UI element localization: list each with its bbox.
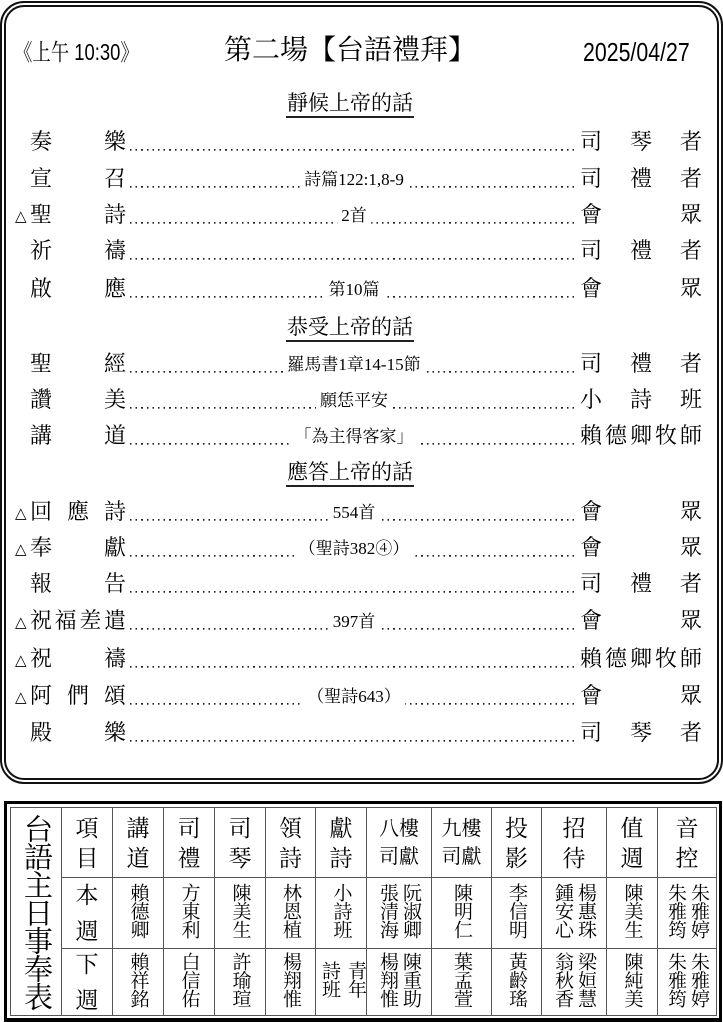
person-name: 賴德卿: [127, 883, 150, 939]
item-label: 殿樂: [30, 715, 126, 751]
dotted-leader: [130, 233, 578, 269]
person-name: 阮淑卿: [399, 883, 422, 939]
person-name: 陳明仁: [450, 883, 473, 939]
dotted-leader: 願恁平安: [130, 382, 578, 418]
char: 頌: [104, 678, 126, 714]
triangle-marker-icon: [15, 566, 29, 602]
char: 應: [67, 494, 89, 530]
person-name: 陳純美: [621, 952, 644, 1008]
char: 者: [680, 566, 702, 602]
item-role: 會眾: [580, 678, 702, 714]
person-name: 張清海: [376, 883, 399, 939]
item-role: 司禮者: [580, 161, 702, 197]
header-line: 值: [607, 813, 657, 843]
duty-roster-table: 台語主日事奉表 項目 講道 司禮 司琴 領詩 獻詩 八樓司獻 九樓司獻 投影 招…: [10, 807, 717, 1016]
char: 班: [680, 382, 702, 418]
item-role: 司禮者: [580, 566, 702, 602]
header-line: 道: [113, 843, 163, 873]
item-role: 司禮者: [580, 346, 702, 382]
table-row-this-week: 本週 賴德卿 方東利 陳美生 林恩植 小詩班 阮淑卿張清海 陳明仁 李信明 楊惠…: [11, 878, 717, 949]
header-line: 司: [164, 813, 214, 843]
dotted-leader: 554首: [130, 494, 578, 530]
char: 司: [580, 161, 602, 197]
char: 眾: [680, 678, 702, 714]
table-cell: 阮淑卿張清海: [367, 878, 432, 949]
person-name: 翁秋香: [551, 952, 574, 1008]
triangle-marker-icon: △: [15, 494, 29, 530]
person-name: 白信佑: [178, 952, 201, 1008]
row-label: 本週: [62, 882, 112, 944]
triangle-marker-icon: [15, 124, 29, 160]
item-detail: 詩篇122:1,8-9: [300, 161, 408, 199]
person-name: 方東利: [178, 883, 201, 939]
char: 應: [104, 271, 126, 307]
table-cell: 陳明仁: [432, 878, 492, 949]
header-cell: 領詩: [266, 808, 316, 878]
dotted-leader: （聖詩643）: [130, 678, 578, 714]
item-label: 祈禱: [30, 233, 126, 269]
char: 眾: [680, 271, 702, 307]
triangle-marker-icon: △: [15, 641, 29, 677]
item-role: 會眾: [580, 530, 702, 566]
char: 遣: [104, 603, 126, 639]
worship-item: △ 聖詩 2首 會眾: [0, 197, 723, 233]
char: 宣: [30, 161, 52, 197]
char: 眾: [680, 197, 702, 233]
char: 聖: [30, 346, 52, 382]
table-row-next-week: 下週 賴祥銘 白信佑 許瑜瑄 楊翔惟 青年詩班 陳重助楊翔惟 葉孟萱 黃齡瑤 梁…: [11, 949, 717, 1016]
char: 詩: [630, 382, 652, 418]
header-line: 詩: [266, 843, 315, 873]
char: 者: [680, 233, 702, 269]
char: 司: [580, 715, 602, 751]
header-line: 獻: [316, 813, 366, 843]
table-cell: 梁姮慧翁秋香: [542, 949, 607, 1016]
person-name: 李信明: [505, 883, 528, 939]
char: 獻: [104, 530, 126, 566]
char: 眾: [680, 494, 702, 530]
section-title: 恭受上帝的話: [0, 315, 700, 341]
char: 祝: [30, 603, 52, 639]
dotted-leader: 397首: [130, 603, 578, 639]
service-date: 2025/04/27: [583, 36, 690, 68]
table-cell: 許瑜瑄: [215, 949, 266, 1016]
worship-item: △ 奉獻 （聖詩382④） 會眾: [0, 530, 723, 566]
table-cell: 白信佑: [164, 949, 215, 1016]
header-cell: 音控: [658, 808, 717, 878]
item-role: 司琴者: [580, 124, 702, 160]
char: 道: [104, 418, 126, 454]
char: 眾: [680, 603, 702, 639]
char: 祝: [30, 641, 52, 677]
char: 賴: [580, 641, 602, 677]
person-name: 許瑜瑄: [229, 952, 252, 1008]
char: 講: [30, 418, 52, 454]
char: 差: [79, 603, 101, 639]
char: 賴: [580, 418, 602, 454]
section-title-text: 靜候上帝的話: [286, 92, 414, 118]
item-detail: 397首: [329, 603, 380, 641]
header-cell: 司禮: [164, 808, 215, 878]
header-cell: 項目: [62, 808, 113, 878]
table-cell: 方東利: [164, 878, 215, 949]
row-label-cell: 下週: [62, 949, 113, 1016]
table-header-row: 台語主日事奉表 項目 講道 司禮 司琴 領詩 獻詩 八樓司獻 九樓司獻 投影 招…: [11, 808, 717, 878]
table-cell: 朱雅婷朱雅筠: [658, 949, 717, 1016]
char: 週: [76, 987, 99, 1013]
item-role: 會眾: [580, 271, 702, 307]
char: 回: [30, 494, 52, 530]
header-line: 招: [542, 813, 606, 843]
item-label: 報告: [30, 566, 126, 602]
char: 祈: [30, 233, 52, 269]
dotted-leader: 2首: [130, 197, 578, 233]
item-detail: 願恁平安: [316, 382, 392, 420]
dotted-leader: 詩篇122:1,8-9: [130, 161, 578, 197]
table-cell: 賴德卿: [113, 878, 164, 949]
worship-item: △ 回應詩 554首 會眾: [0, 494, 723, 530]
header-cell: 講道: [113, 808, 164, 878]
header-line: 八樓: [367, 815, 431, 843]
table-cell: 青年詩班: [316, 949, 367, 1016]
char: 告: [104, 566, 126, 602]
char: 師: [680, 641, 702, 677]
header-line: 音: [658, 813, 716, 843]
dotted-leader: [130, 715, 578, 751]
char: 牧: [655, 418, 677, 454]
char: 司: [580, 346, 602, 382]
triangle-marker-icon: [15, 346, 29, 382]
dotted-leader: 第10篇: [130, 271, 578, 307]
triangle-marker-icon: △: [15, 197, 29, 233]
char: 司: [580, 566, 602, 602]
char: 會: [580, 678, 602, 714]
item-detail: 「為主得客家」: [291, 418, 418, 456]
table-cell: 陳美生: [215, 878, 266, 949]
item-label: 聖經: [30, 346, 126, 382]
header-line: 項: [62, 813, 112, 843]
person-name: 陳美生: [229, 883, 252, 939]
person-name: 鍾安心: [551, 883, 574, 939]
header-line: 影: [492, 843, 541, 873]
char: 禮: [630, 566, 652, 602]
worship-item: 報告 司禮者: [0, 566, 723, 602]
char: 牧: [655, 641, 677, 677]
header-line: 控: [658, 843, 716, 873]
table-cell: 賴祥銘: [113, 949, 164, 1016]
item-detail: 第10篇: [325, 271, 384, 309]
char: 詩: [104, 494, 126, 530]
item-label: 聖詩: [30, 197, 126, 233]
triangle-marker-icon: [15, 382, 29, 418]
char: 德: [605, 641, 627, 677]
table-cell: 陳純美: [607, 949, 658, 1016]
header-line: 投: [492, 813, 541, 843]
char: 經: [104, 346, 126, 382]
triangle-marker-icon: [15, 233, 29, 269]
char: 卿: [630, 641, 652, 677]
header-line: 九樓: [432, 815, 491, 843]
row-label-cell: 本週: [62, 878, 113, 949]
person-name: 朱雅筠: [664, 952, 687, 1008]
header-cell: 司琴: [215, 808, 266, 878]
char: 師: [680, 418, 702, 454]
char: 眾: [680, 530, 702, 566]
person-name: 楊惠珠: [574, 883, 597, 939]
worship-item: 殿樂 司琴者: [0, 715, 723, 751]
triangle-marker-icon: [15, 161, 29, 197]
header-line: 領: [266, 813, 315, 843]
char: 們: [67, 678, 89, 714]
dotted-leader: （聖詩382④）: [130, 530, 578, 566]
char: 者: [680, 124, 702, 160]
char: 會: [580, 603, 602, 639]
char: 禮: [630, 233, 652, 269]
worship-item: △ 祝禱 賴德卿牧師: [0, 641, 723, 677]
item-label: 啟應: [30, 271, 126, 307]
table-cell: 楊翔惟: [266, 949, 316, 1016]
char: 週: [76, 918, 99, 944]
table-cell: 陳重助楊翔惟: [367, 949, 432, 1016]
char: 琴: [630, 124, 652, 160]
person-name: 楊翔惟: [376, 952, 399, 1008]
person-name: 楊翔惟: [279, 952, 302, 1008]
item-label: 讚美: [30, 382, 126, 418]
service-time: 《上午 10:30》: [14, 37, 139, 67]
char: 詩: [104, 197, 126, 233]
person-name: 林恩植: [279, 883, 302, 939]
item-role: 會眾: [580, 603, 702, 639]
person-name: 朱雅筠: [664, 883, 687, 939]
person-name: 黃齡瑤: [505, 952, 528, 1008]
worship-item: 講道 「為主得客家」 賴德卿牧師: [0, 418, 723, 454]
char: 會: [580, 530, 602, 566]
worship-item: 聖經 羅馬書1章14-15節 司禮者: [0, 346, 723, 382]
char: 會: [580, 271, 602, 307]
char: 讚: [30, 382, 52, 418]
header-cell: 八樓司獻: [367, 808, 432, 878]
item-role: 司禮者: [580, 233, 702, 269]
worship-item: 奏樂 司琴者: [0, 124, 723, 160]
triangle-marker-icon: △: [15, 678, 29, 714]
char: 會: [580, 494, 602, 530]
header-cell: 投影: [492, 808, 542, 878]
item-label: 宣召: [30, 161, 126, 197]
item-label: 奉獻: [30, 530, 126, 566]
char: 會: [580, 197, 602, 233]
person-name: 陳美生: [621, 883, 644, 939]
table-cell: 楊惠珠鍾安心: [542, 878, 607, 949]
item-label: 阿們頌: [30, 678, 126, 714]
person-name: 陳重助: [399, 952, 422, 1008]
header-cell: 獻詩: [316, 808, 367, 878]
person-name: 梁姮慧: [574, 952, 597, 1008]
char: 者: [680, 346, 702, 382]
table-cell: 朱雅婷朱雅筠: [658, 878, 717, 949]
header-cell: 值週: [607, 808, 658, 878]
char: 樂: [104, 124, 126, 160]
char: 福: [55, 603, 77, 639]
char: 殿: [30, 715, 52, 751]
header-cell: 招待: [542, 808, 607, 878]
item-detail: 羅馬書1章14-15節: [283, 346, 424, 384]
header-line: 司: [215, 813, 265, 843]
table-cell: 小詩班: [316, 878, 367, 949]
char: 德: [605, 418, 627, 454]
item-role: 會眾: [580, 494, 702, 530]
worship-item: 啟應 第10篇 會眾: [0, 271, 723, 307]
item-role: 會眾: [580, 197, 702, 233]
char: 奏: [30, 124, 52, 160]
dotted-leader: [130, 566, 578, 602]
header-line: 琴: [215, 843, 265, 873]
dotted-leader: 羅馬書1章14-15節: [130, 346, 578, 382]
person-name: 葉孟萱: [450, 952, 473, 1008]
item-detail: （聖詩382④）: [295, 530, 414, 568]
char: 小: [580, 382, 602, 418]
header-line: 司獻: [367, 843, 431, 871]
char: 司: [580, 124, 602, 160]
item-label: 回應詩: [30, 494, 126, 530]
section-title: 應答上帝的話: [0, 460, 700, 486]
page-title: 第二場【台語禮拜】: [224, 33, 476, 67]
person-name: 小詩班: [330, 883, 353, 939]
worship-item: 祈禱 司禮者: [0, 233, 723, 269]
char: 禮: [630, 161, 652, 197]
header-cell: 九樓司獻: [432, 808, 492, 878]
item-role: 賴德卿牧師: [580, 641, 702, 677]
row-label: 下週: [62, 951, 112, 1013]
table-cell: 林恩植: [266, 878, 316, 949]
header-line: 司獻: [432, 843, 491, 871]
dotted-leader: [130, 124, 578, 160]
header-line: 禮: [164, 843, 214, 873]
char: 本: [76, 882, 99, 908]
dotted-leader: [130, 641, 578, 677]
worship-item: △ 阿們頌 （聖詩643） 會眾: [0, 678, 723, 714]
char: 啟: [30, 271, 52, 307]
char: 琴: [630, 715, 652, 751]
item-label: 祝禱: [30, 641, 126, 677]
char: 禱: [104, 233, 126, 269]
person-name: 詩班: [316, 961, 342, 998]
triangle-marker-icon: △: [15, 530, 29, 566]
char: 司: [580, 233, 602, 269]
worship-item: △ 祝福差遣 397首 會眾: [0, 603, 723, 639]
char: 者: [680, 715, 702, 751]
triangle-marker-icon: △: [15, 603, 29, 639]
header-line: 詩: [316, 843, 366, 873]
table-title: 台語主日事奉表: [20, 814, 52, 1010]
item-label: 奏樂: [30, 124, 126, 160]
header-line: 目: [62, 843, 112, 873]
section-title-text: 應答上帝的話: [286, 461, 414, 487]
item-label: 講道: [30, 418, 126, 454]
section-title: 靜候上帝的話: [0, 91, 700, 117]
char: 樂: [104, 715, 126, 751]
char: 下: [76, 951, 99, 977]
triangle-marker-icon: [15, 271, 29, 307]
dotted-leader: 「為主得客家」: [130, 418, 578, 454]
section-title-text: 恭受上帝的話: [286, 316, 414, 342]
char: 聖: [30, 197, 52, 233]
char: 召: [104, 161, 126, 197]
worship-item: 宣召 詩篇122:1,8-9 司禮者: [0, 161, 723, 197]
triangle-marker-icon: [15, 715, 29, 751]
item-detail: （聖詩643）: [303, 678, 405, 716]
table-cell: 黃齡瑤: [492, 949, 542, 1016]
person-name: 朱雅婷: [687, 952, 710, 1008]
item-role: 司琴者: [580, 715, 702, 751]
char: 者: [680, 161, 702, 197]
char: 美: [104, 382, 126, 418]
table-cell: 陳美生: [607, 878, 658, 949]
duty-roster-table-frame: 台語主日事奉表 項目 講道 司禮 司琴 領詩 獻詩 八樓司獻 九樓司獻 投影 招…: [4, 801, 722, 1022]
item-detail: 2首: [337, 197, 371, 235]
worship-item: 讚美 願恁平安 小詩班: [0, 382, 723, 418]
person-name: 朱雅婷: [687, 883, 710, 939]
header-line: 週: [607, 843, 657, 873]
header-line: 待: [542, 843, 606, 873]
char: 禮: [630, 346, 652, 382]
person-name: 青年: [342, 961, 368, 998]
char: 禱: [104, 641, 126, 677]
char: 卿: [630, 418, 652, 454]
item-role: 小詩班: [580, 382, 702, 418]
char: 報: [30, 566, 52, 602]
item-detail: 554首: [329, 494, 380, 532]
header-line: 講: [113, 813, 163, 843]
table-cell: 李信明: [492, 878, 542, 949]
person-name: 賴祥銘: [127, 952, 150, 1008]
char: 奉: [30, 530, 52, 566]
triangle-marker-icon: [15, 418, 29, 454]
item-role: 賴德卿牧師: [580, 418, 702, 454]
item-label: 祝福差遣: [30, 603, 126, 639]
table-cell: 葉孟萱: [432, 949, 492, 1016]
table-title-cell: 台語主日事奉表: [11, 808, 62, 1016]
char: 阿: [30, 678, 52, 714]
